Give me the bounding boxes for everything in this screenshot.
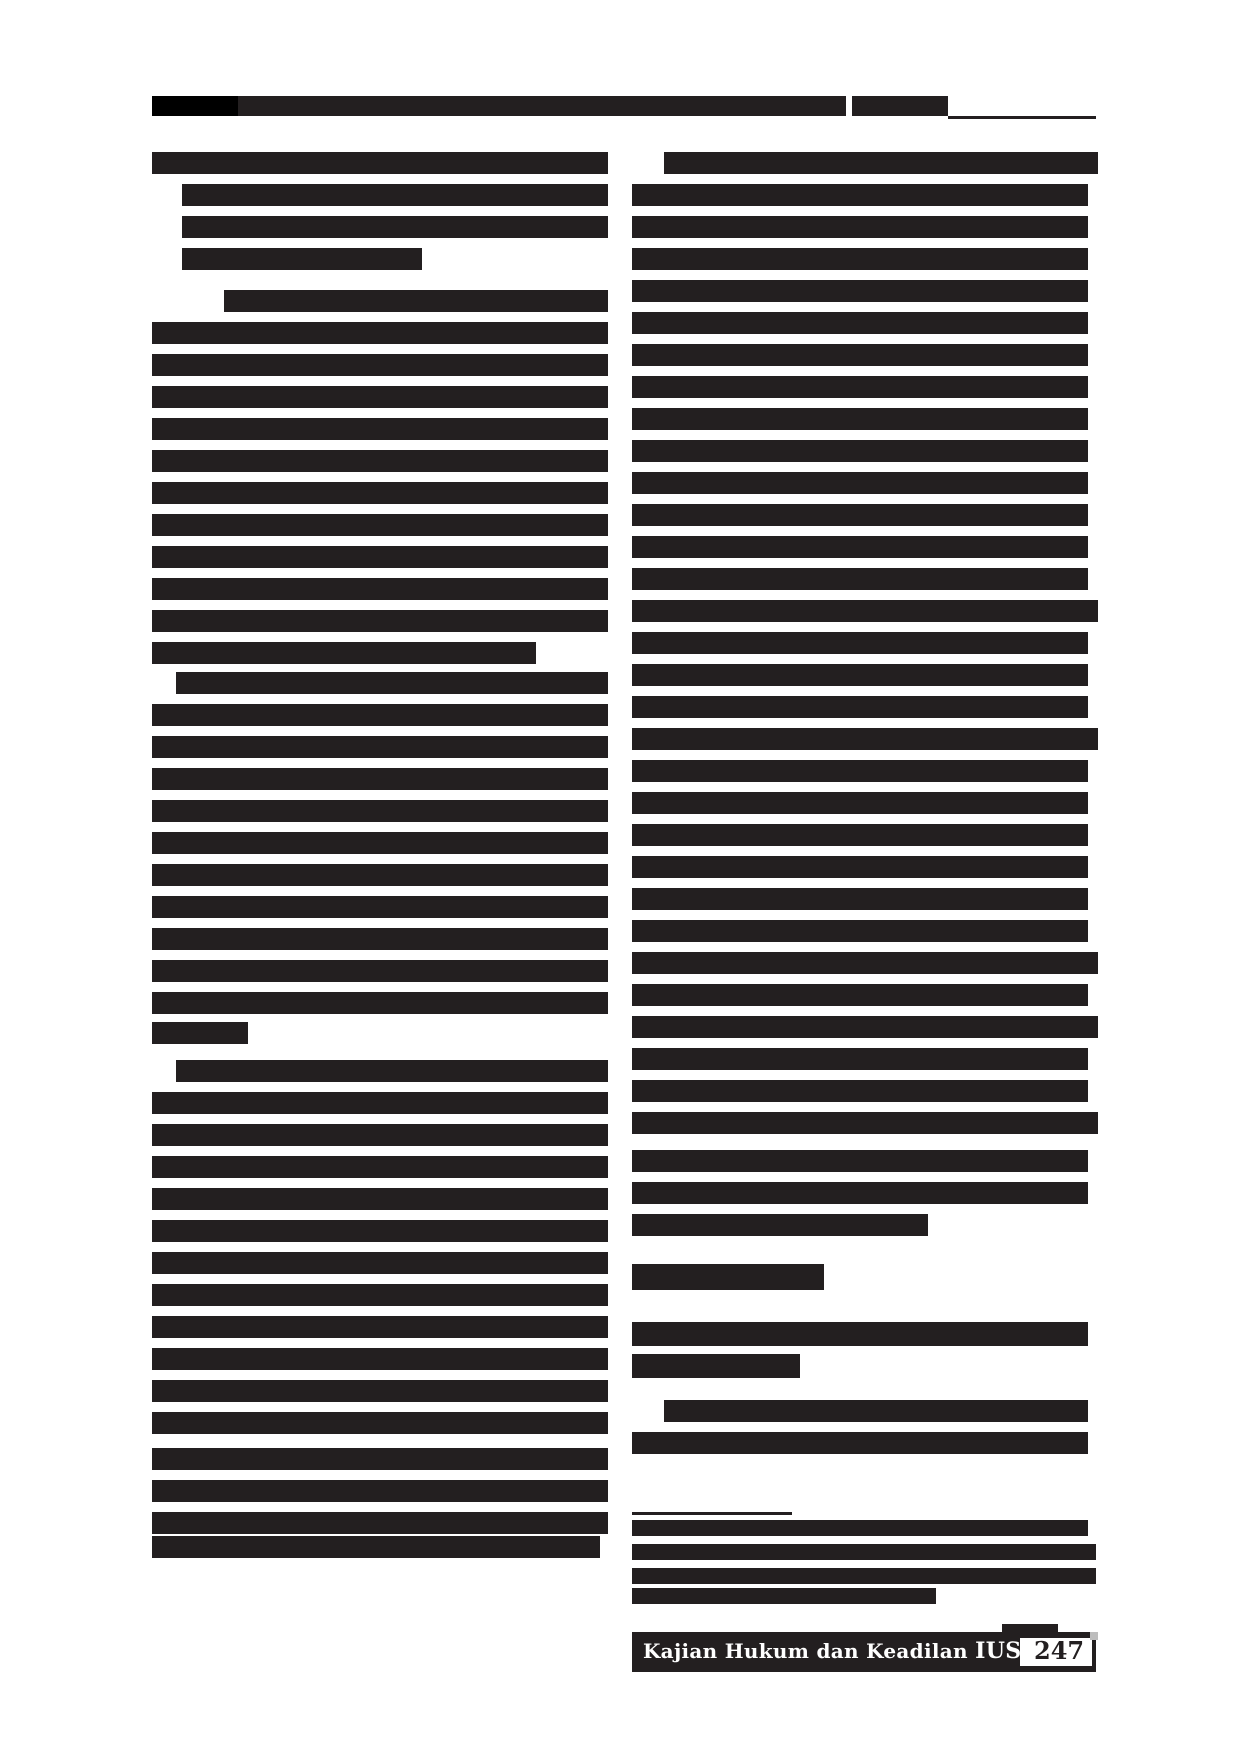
redacted-text-line — [152, 704, 608, 726]
redacted-text-line — [632, 696, 1088, 718]
redacted-text-line — [152, 322, 608, 344]
running-head-redacted-block — [238, 96, 846, 116]
journal-page: Kajian Hukum dan Keadilan IUS 247 — [0, 0, 1240, 1754]
footnote-redacted-line — [632, 1588, 936, 1604]
redacted-text-line — [176, 672, 608, 694]
redacted-text-line — [664, 1400, 1088, 1422]
redacted-text-line — [632, 600, 1098, 622]
redacted-text-line — [632, 504, 1088, 526]
redacted-text-line — [632, 1182, 1088, 1204]
redacted-text-line — [152, 514, 608, 536]
redacted-text-line — [632, 760, 1088, 782]
redacted-text-line — [152, 928, 608, 950]
redacted-text-line — [632, 1080, 1088, 1102]
footnote-redacted-line — [632, 1520, 1088, 1536]
journal-abbrev: IUS — [975, 1638, 1021, 1664]
redacted-text-line — [182, 216, 608, 238]
redacted-text-line — [152, 1156, 608, 1178]
redacted-text-line — [632, 1432, 1088, 1454]
redacted-text-line — [664, 152, 1098, 174]
redacted-text-line — [152, 768, 608, 790]
redacted-text-line — [152, 1188, 608, 1210]
running-head-redacted — [152, 96, 1096, 124]
redacted-text-line — [632, 632, 1088, 654]
redacted-text-line — [152, 1316, 608, 1338]
redacted-text-line — [632, 792, 1088, 814]
redacted-text-line — [632, 888, 1088, 910]
redacted-text-line — [152, 1284, 608, 1306]
redacted-text-line — [632, 472, 1088, 494]
redacted-text-line — [176, 1060, 608, 1082]
redacted-text-line — [152, 482, 608, 504]
redacted-text-line — [152, 1348, 608, 1370]
redacted-text-line — [632, 248, 1088, 270]
running-head-rule — [948, 116, 1096, 119]
section-heading-redacted — [632, 1264, 824, 1290]
redacted-text-line — [632, 536, 1088, 558]
redacted-text-line — [152, 1022, 248, 1044]
redacted-text-line — [152, 1380, 608, 1402]
footnote-redacted-line — [632, 1568, 1096, 1584]
running-head-redacted-block — [152, 96, 238, 116]
journal-title: Kajian Hukum dan Keadilan IUS — [643, 1638, 1021, 1664]
redacted-text-line — [152, 610, 608, 632]
redacted-text-line — [632, 664, 1088, 686]
redacted-text-line — [152, 546, 608, 568]
redacted-text-line — [152, 152, 608, 174]
footnote-redacted-line — [632, 1544, 1096, 1560]
redacted-text-line — [632, 1214, 928, 1236]
page-number-box: 247 — [1020, 1638, 1092, 1666]
redacted-text-line — [152, 992, 608, 1014]
subheading-redacted-line — [632, 1322, 1088, 1346]
subheading-redacted-line — [632, 1354, 800, 1378]
running-head-redacted-block — [852, 96, 948, 116]
redacted-text-line — [152, 1412, 608, 1434]
redacted-text-line — [152, 1124, 608, 1146]
redacted-text-line — [152, 642, 536, 664]
redacted-text-line — [632, 856, 1088, 878]
redacted-text-line — [632, 184, 1088, 206]
redacted-text-line — [152, 1092, 608, 1114]
redacted-text-line — [152, 896, 608, 918]
footnote-rule — [632, 1512, 792, 1515]
redacted-text-line — [632, 984, 1088, 1006]
redacted-text-line — [152, 450, 608, 472]
corner-mark-decoration — [1090, 1632, 1098, 1640]
redacted-text-line — [152, 800, 608, 822]
redacted-text-line — [152, 1252, 608, 1274]
redacted-text-line — [632, 920, 1088, 942]
redacted-text-line — [152, 1480, 608, 1502]
redacted-text-line — [632, 440, 1088, 462]
redacted-text-line — [152, 1448, 608, 1470]
redacted-text-line — [152, 864, 608, 886]
redacted-text-line — [182, 248, 422, 270]
redacted-text-line — [152, 578, 608, 600]
redacted-text-line — [632, 1016, 1098, 1038]
redacted-text-line — [152, 386, 608, 408]
redacted-text-line — [632, 728, 1098, 750]
redacted-text-line — [632, 216, 1088, 238]
redacted-text-line — [224, 290, 608, 312]
redacted-text-line — [632, 280, 1088, 302]
redacted-text-line — [632, 312, 1088, 334]
redacted-text-line — [182, 184, 608, 206]
redacted-text-line — [152, 418, 608, 440]
redacted-text-line — [152, 832, 608, 854]
journal-name: Kajian Hukum dan Keadilan — [643, 1639, 968, 1663]
redacted-text-line — [632, 824, 1088, 846]
journal-footer: Kajian Hukum dan Keadilan IUS 247 — [632, 1632, 1096, 1672]
redacted-text-line — [152, 1512, 608, 1534]
redacted-text-line — [632, 568, 1088, 590]
redacted-text-line — [632, 1150, 1088, 1172]
redacted-text-line — [632, 344, 1088, 366]
redacted-text-line — [152, 1536, 600, 1558]
redacted-text-line — [632, 408, 1088, 430]
redacted-text-line — [632, 1048, 1088, 1070]
redacted-text-line — [152, 960, 608, 982]
redacted-text-line — [632, 376, 1088, 398]
redacted-text-line — [632, 952, 1098, 974]
redacted-text-line — [152, 1220, 608, 1242]
redacted-text-line — [152, 736, 608, 758]
redacted-text-line — [632, 1112, 1098, 1134]
redacted-text-line — [152, 354, 608, 376]
page-number: 247 — [1034, 1636, 1084, 1665]
